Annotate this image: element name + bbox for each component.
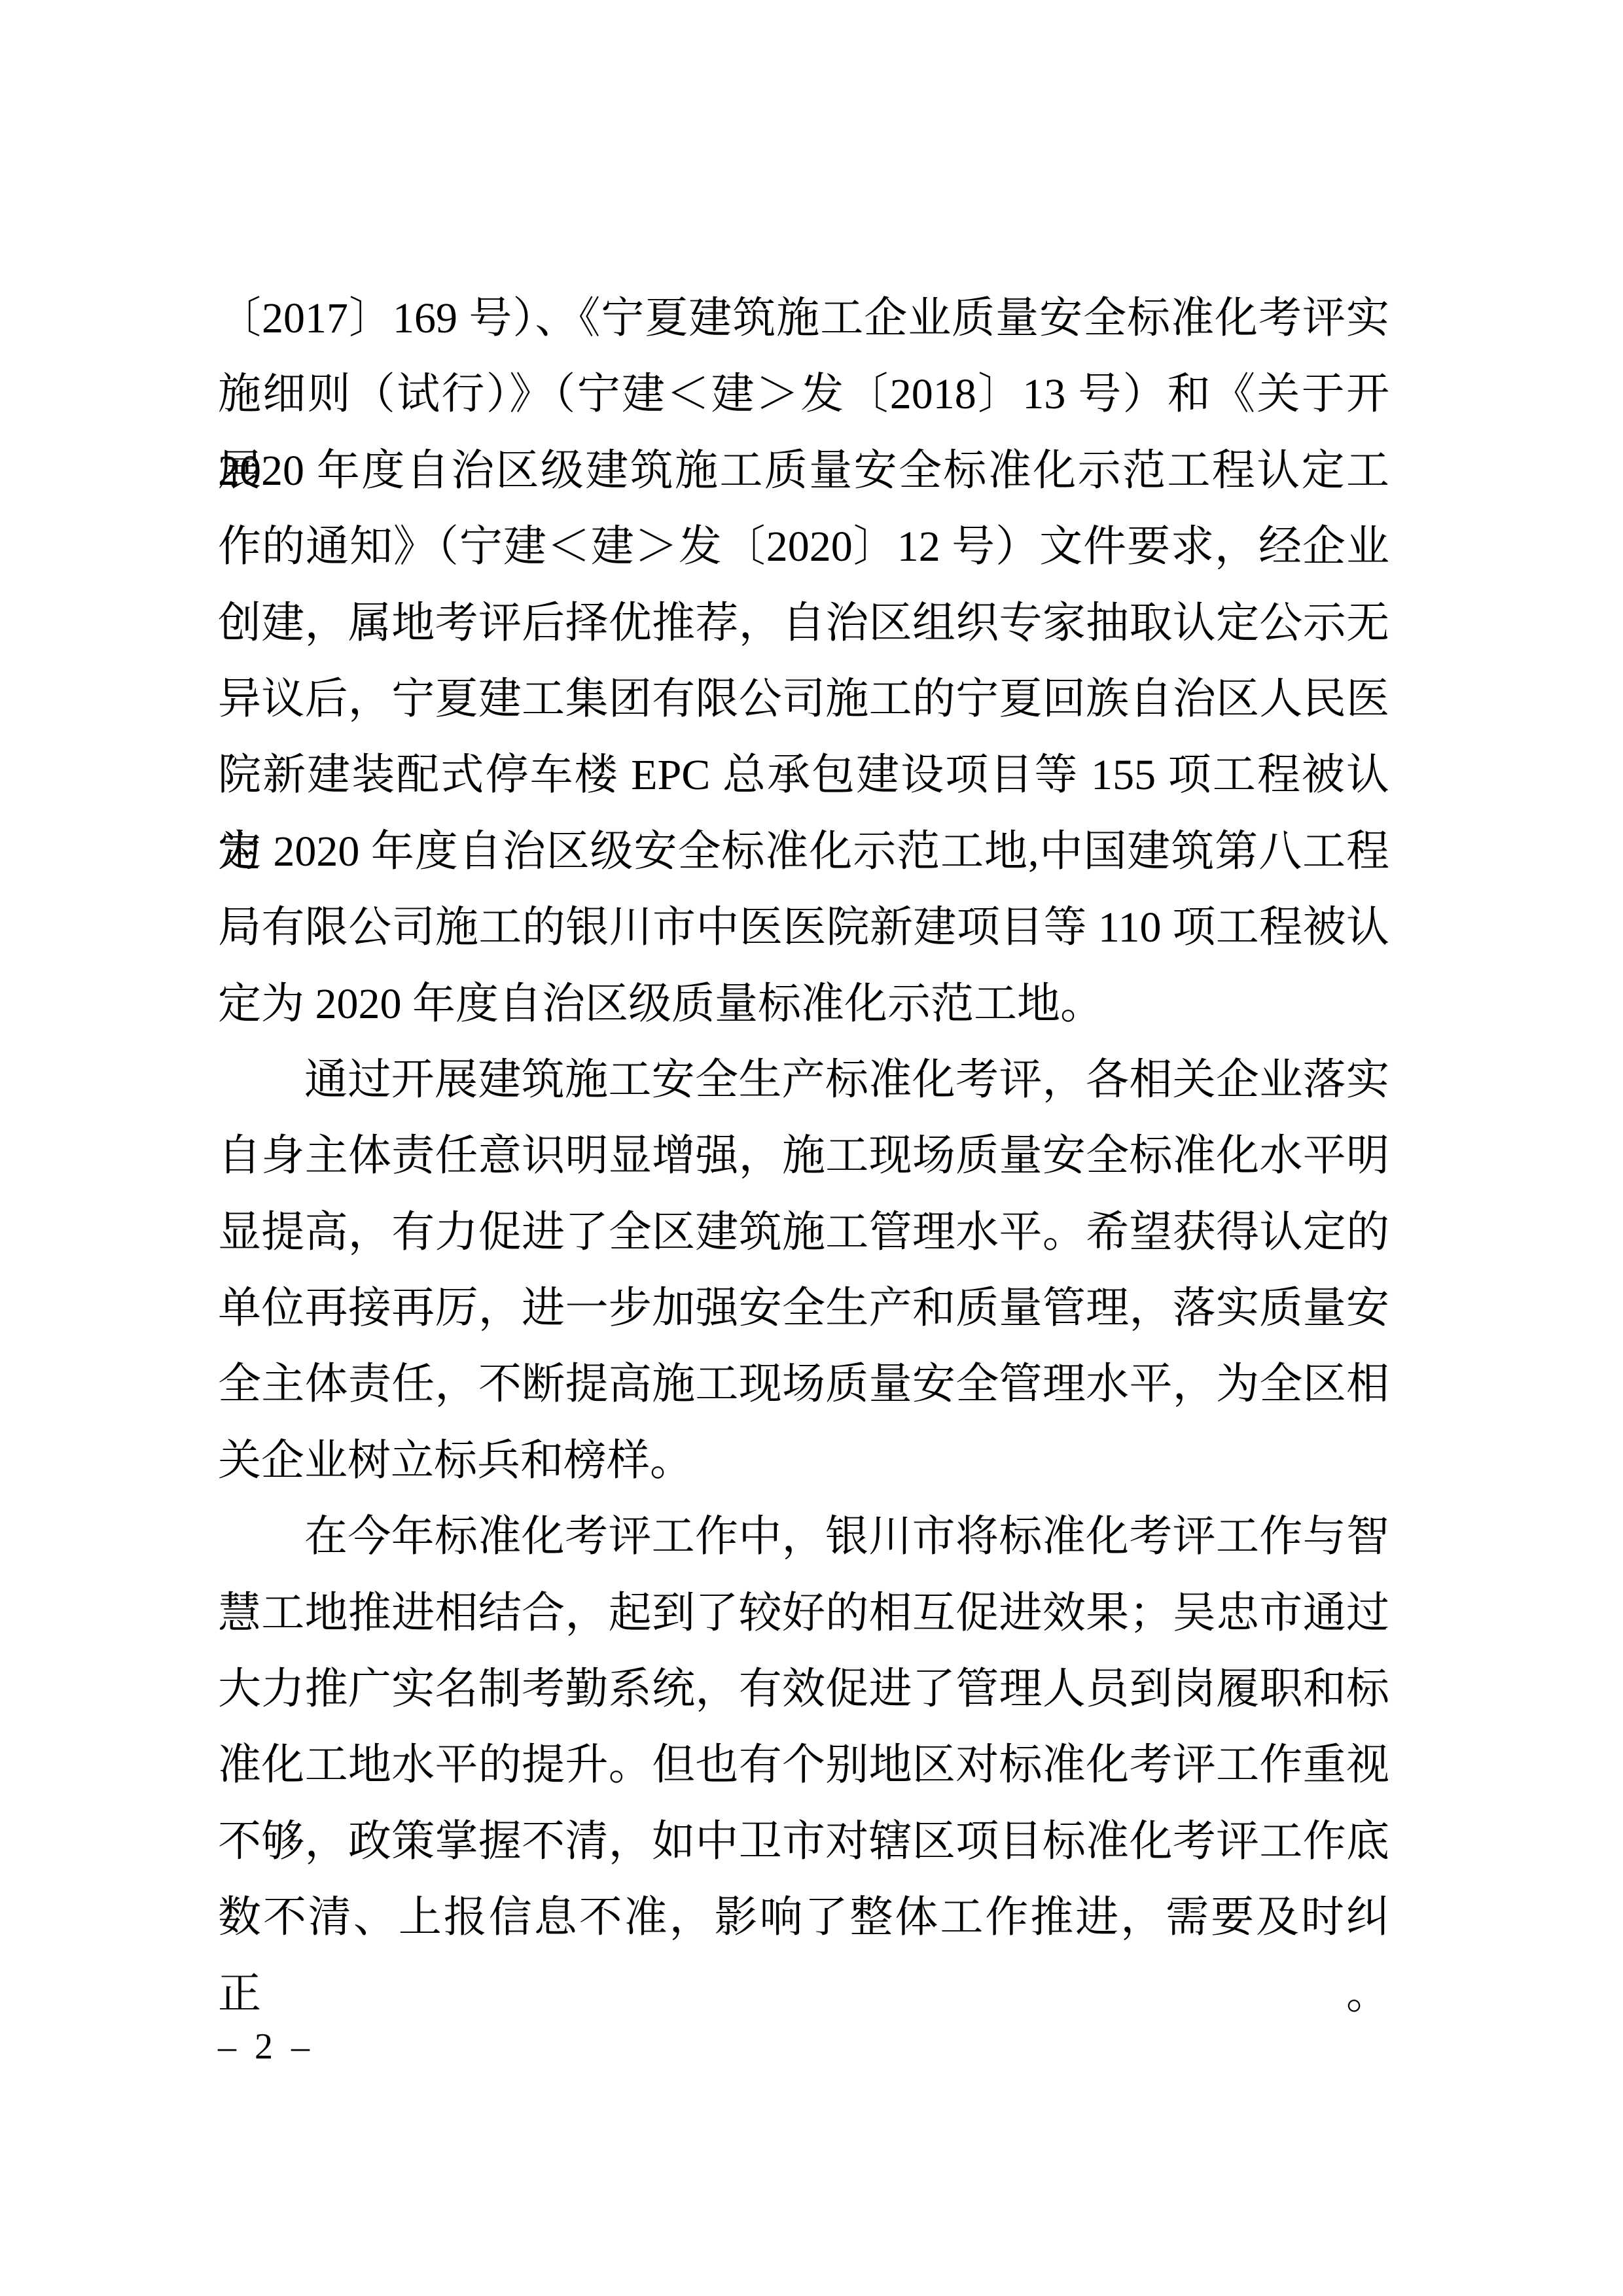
paragraph: 通过开展建筑施工安全生产标准化考评，各相关企业落实 自身主体责任意识明显增强，施…	[218, 1042, 1389, 1499]
text-line: 关企业树立标兵和榜样。	[218, 1423, 1389, 1499]
text-line: 自身主体责任意识明显增强，施工现场质量安全标准化水平明	[218, 1118, 1389, 1194]
text-line: 为 2020 年度自治区级安全标准化示范工地,中国建筑第八工程	[218, 814, 1389, 890]
text-line: 作的通知》（宁建＜建＞发〔2020〕12 号）文件要求，经企业	[218, 509, 1389, 585]
text-line: 在今年标准化考评工作中，银川市将标准化考评工作与智	[218, 1499, 1389, 1575]
text-line: 全主体责任，不断提高施工现场质量安全管理水平，为全区相	[218, 1347, 1389, 1422]
text-line: 准化工地水平的提升。但也有个别地区对标准化考评工作重视	[218, 1727, 1389, 1803]
text-line: 慧工地推进相结合，起到了较好的相互促进效果；吴忠市通过	[218, 1576, 1389, 1651]
text-line: 异议后，宁夏建工集团有限公司施工的宁夏回族自治区人民医	[218, 662, 1389, 737]
text-line: 定为 2020 年度自治区级质量标准化示范工地。	[218, 966, 1389, 1042]
text-line: 院新建装配式停车楼 EPC 总承包建设项目等 155 项工程被认定	[218, 737, 1389, 813]
text-line: 2020 年度自治区级建筑施工质量安全标准化示范工程认定工	[218, 433, 1389, 509]
document-page: 〔2017〕169 号）、《宁夏建筑施工企业质量安全标准化考评实 施细则（试行）…	[0, 0, 1623, 2296]
paragraph: 〔2017〕169 号）、《宁夏建筑施工企业质量安全标准化考评实 施细则（试行）…	[218, 281, 1389, 1042]
text-line: 局有限公司施工的银川市中医医院新建项目等 110 项工程被认	[218, 890, 1389, 966]
document-body: 〔2017〕169 号）、《宁夏建筑施工企业质量安全标准化考评实 施细则（试行）…	[218, 281, 1389, 1956]
text-line: 〔2017〕169 号）、《宁夏建筑施工企业质量安全标准化考评实	[218, 281, 1389, 357]
text-line: 施细则（试行）》（宁建＜建＞发〔2018〕13 号）和《关于开展	[218, 357, 1389, 433]
text-line: 大力推广实名制考勤系统，有效促进了管理人员到岗履职和标	[218, 1651, 1389, 1727]
text-line: 显提高，有力促进了全区建筑施工管理水平。希望获得认定的	[218, 1195, 1389, 1271]
paragraph: 在今年标准化考评工作中，银川市将标准化考评工作与智 慧工地推进相结合，起到了较好…	[218, 1499, 1389, 1956]
text-line: 单位再接再厉，进一步加强安全生产和质量管理，落实质量安	[218, 1271, 1389, 1347]
text-line: 数不清、上报信息不准，影响了整体工作推进，需要及时纠正。	[218, 1880, 1389, 1956]
text-line: 创建，属地考评后择优推荐，自治区组织专家抽取认定公示无	[218, 586, 1389, 662]
text-line: 不够，政策掌握不清，如中卫市对辖区项目标准化考评工作底	[218, 1804, 1389, 1880]
text-line: 通过开展建筑施工安全生产标准化考评，各相关企业落实	[218, 1042, 1389, 1118]
page-number: – 2 –	[218, 2026, 310, 2068]
